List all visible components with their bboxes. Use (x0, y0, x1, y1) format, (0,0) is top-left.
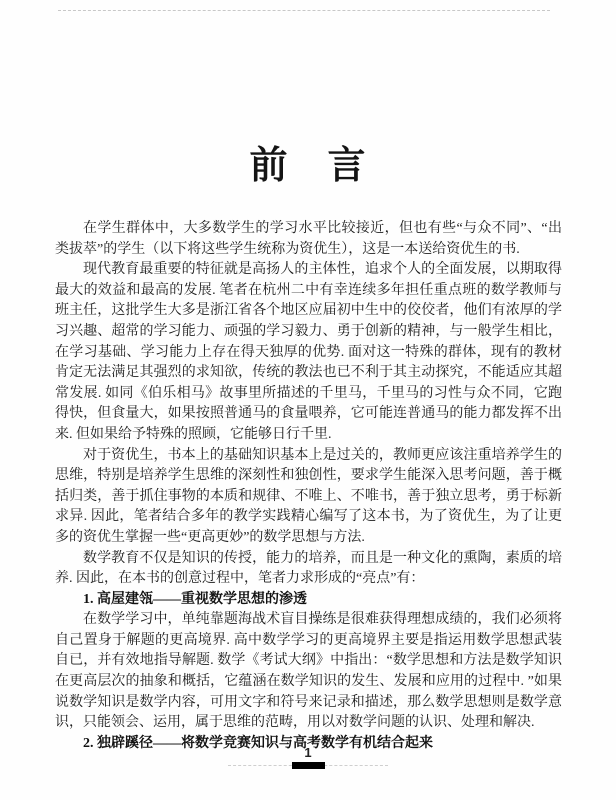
paragraph: 在数学学习中，单纯靠题海战术盲目操练是很难获得理想成绩的，我们必须将自己置身于解… (55, 610, 562, 734)
book-page: 前 言 在学生群体中，大多数学生的学习水平比较接近，但也有些“与众不同”、“出类… (0, 0, 616, 800)
page-title: 前 言 (0, 134, 616, 189)
paragraph: 数学教育不仅是知识的传授，能力的培养，而且是一种文化的熏陶，素质的培养. 因此，… (55, 549, 562, 590)
scan-artifact-line (58, 10, 550, 11)
footer-mark-row (0, 762, 616, 770)
paragraph: 对于资优生，书本上的基础知识基本上是过关的，教师更应该注重培养学生的思维，特别是… (55, 446, 562, 549)
page-number: 1 (0, 746, 616, 760)
page-footer: 1 (0, 746, 616, 770)
paragraph: 现代教育最重要的特征就是高扬人的主体性，追求个人的全面发展，以期取得最大的效益和… (55, 260, 562, 445)
preface-body: 在学生群体中，大多数学生的学习水平比较接近，但也有些“与众不同”、“出类拔萃”的… (55, 219, 562, 749)
section-heading-1: 1. 高屋建瓴——重视数学思想的渗透 (55, 590, 562, 611)
paragraph: 在学生群体中，大多数学生的学习水平比较接近，但也有些“与众不同”、“出类拔萃”的… (55, 219, 562, 260)
footer-ink-mark (292, 762, 325, 769)
